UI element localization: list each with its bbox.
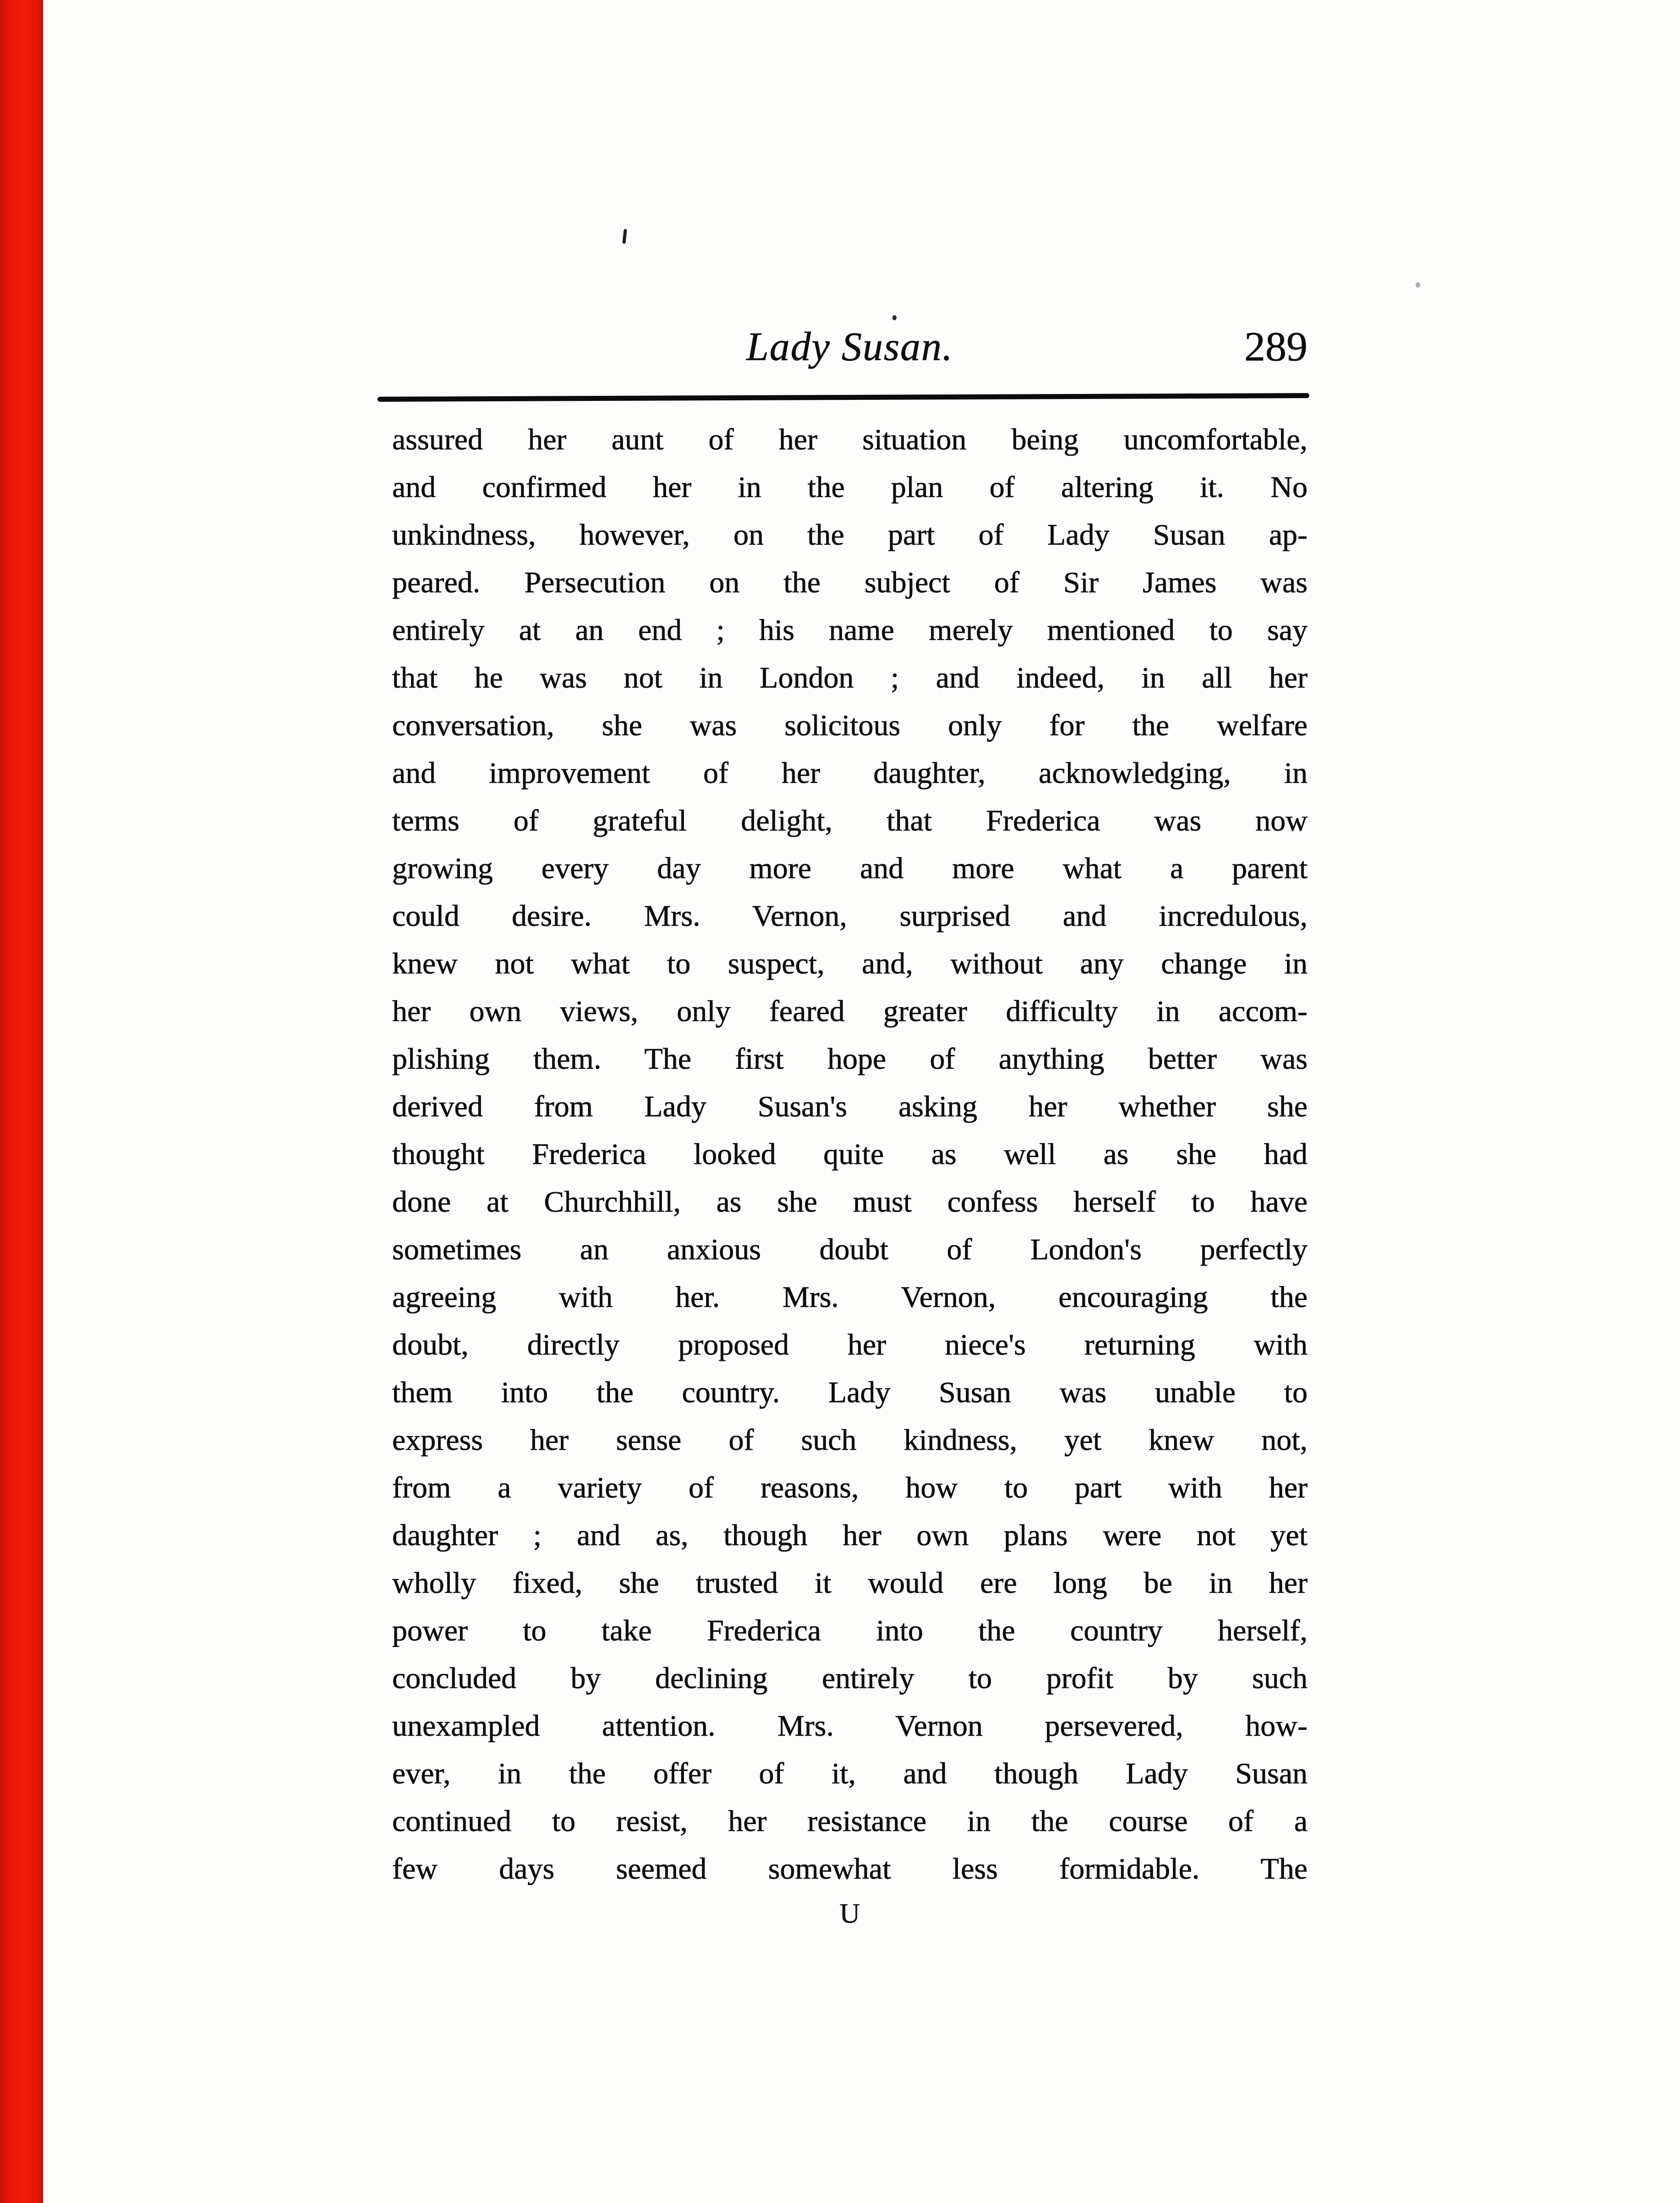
text-line: conversation, she was solicitous only fo… — [392, 702, 1308, 749]
text-line: growing every day more and more what a p… — [392, 845, 1308, 892]
text-line: wholly fixed, she trusted it would ere l… — [392, 1559, 1308, 1607]
text-line: from a variety of reasons, how to part w… — [392, 1464, 1308, 1512]
text-line: assured her aunt of her situation being … — [392, 416, 1308, 464]
text-line: agreeing with her. Mrs. Vernon, encourag… — [392, 1274, 1308, 1321]
text-line: that he was not in London ; and indeed, … — [392, 654, 1308, 702]
scan-artifact-tick — [622, 229, 627, 244]
text-line: knew not what to suspect, and, without a… — [392, 940, 1308, 988]
text-line: daughter ; and as, though her own plans … — [392, 1512, 1308, 1559]
text-line: sometimes an anxious doubt of London's p… — [392, 1226, 1308, 1274]
scan-edge-red-stripe — [0, 0, 43, 2203]
text-line: and confirmed her in the plan of alterin… — [392, 464, 1308, 511]
text-line: her own views, only feared greater diffi… — [392, 988, 1308, 1035]
text-line: done at Churchhill, as she must confess … — [392, 1178, 1308, 1226]
text-line: concluded by declining entirely to profi… — [392, 1655, 1308, 1702]
text-line: and improvement of her daughter, acknowl… — [392, 749, 1308, 797]
scan-artifact-speck — [1416, 282, 1420, 288]
text-line: could desire. Mrs. Vernon, surprised and… — [392, 892, 1308, 940]
text-line: entirely at an end ; his name merely men… — [392, 607, 1308, 654]
text-line: unexampled attention. Mrs. Vernon persev… — [392, 1702, 1308, 1750]
text-line: doubt, directly proposed her niece's ret… — [392, 1321, 1308, 1369]
header-divider-rule — [378, 393, 1309, 402]
body-text-block: assured her aunt of her situation being … — [392, 416, 1308, 1893]
text-line: plishing them. The first hope of anythin… — [392, 1035, 1308, 1083]
text-line: them into the country. Lady Susan was un… — [392, 1369, 1308, 1416]
scan-artifact-speck — [892, 315, 897, 320]
text-line: power to take Frederica into the country… — [392, 1607, 1308, 1655]
text-line: terms of grateful delight, that Frederic… — [392, 797, 1308, 845]
text-line: express her sense of such kindness, yet … — [392, 1416, 1308, 1464]
text-line: ever, in the offer of it, and though Lad… — [392, 1750, 1308, 1798]
page-number: 289 — [392, 325, 1308, 367]
text-line: derived from Lady Susan's asking her whe… — [392, 1083, 1308, 1131]
book-page: Lady Susan. 289 assured her aunt of her … — [0, 0, 1680, 2203]
text-line: thought Frederica looked quite as well a… — [392, 1131, 1308, 1178]
text-line: peared. Persecution on the subject of Si… — [392, 559, 1308, 607]
text-line: few days seemed somewhat less formidable… — [392, 1845, 1308, 1893]
text-line: unkindness, however, on the part of Lady… — [392, 511, 1308, 559]
signature-mark: U — [392, 1899, 1308, 1928]
text-line: continued to resist, her resistance in t… — [392, 1798, 1308, 1845]
